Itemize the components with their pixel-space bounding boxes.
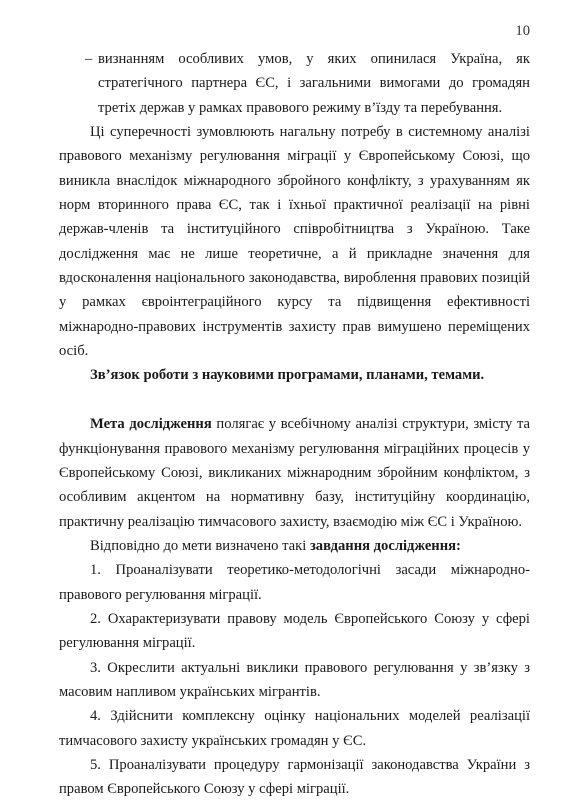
paragraph-tasks-intro: Відповідно до мети визначено такі завдан…	[59, 534, 530, 558]
goal-text: полягає у всебічному аналізі структури, …	[59, 416, 530, 529]
tasks-intro-bold: завдання дослідження:	[310, 538, 461, 554]
paragraph-contradictions: Ці суперечності зумовлюють нагальну потр…	[59, 120, 530, 363]
paragraph-goal: Мета дослідження полягає у всебічному ан…	[59, 412, 530, 534]
dash-marker: –	[85, 47, 92, 71]
task-item-3: 3. Окреслити актуальні виклики правового…	[59, 656, 530, 705]
blank-line	[59, 388, 530, 412]
tasks-intro-text: Відповідно до мети визначено такі	[90, 538, 310, 554]
dash-list-item: – визнанням особливих умов, у яких опини…	[59, 47, 530, 120]
task-item-1: 1. Проаналізувати теоретико-методологічн…	[59, 558, 530, 607]
task-item-5: 5. Проаналізувати процедуру гармонізації…	[59, 753, 530, 802]
document-page: 10 – визнанням особливих умов, у яких оп…	[0, 0, 568, 811]
goal-label: Мета дослідження	[90, 416, 212, 432]
page-body: – визнанням особливих умов, у яких опини…	[59, 47, 530, 802]
task-item-2: 2. Охарактеризувати правову модель Європ…	[59, 607, 530, 656]
dash-item-text: визнанням особливих умов, у яких опинила…	[98, 51, 530, 116]
section-heading-connection: Зв’язок роботи з науковими програмами, п…	[59, 363, 530, 387]
task-item-4: 4. Здійснити комплексну оцінку національ…	[59, 704, 530, 753]
page-number: 10	[515, 23, 530, 40]
